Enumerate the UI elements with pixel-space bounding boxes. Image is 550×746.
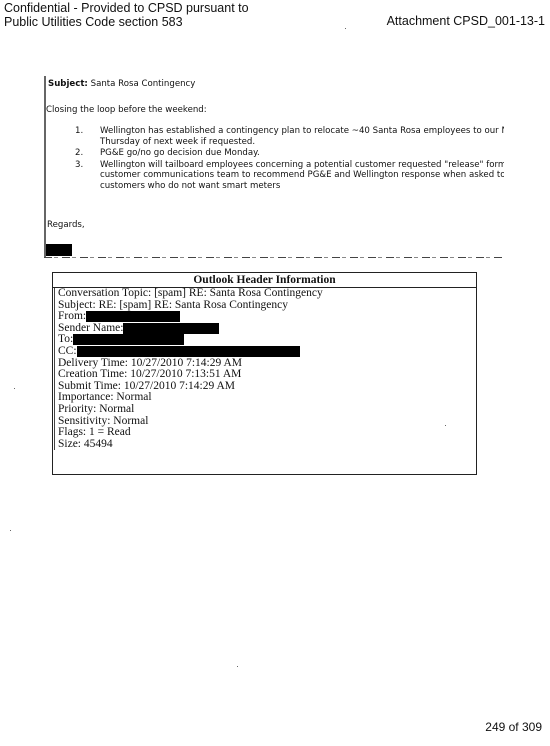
confidentiality-line-1: Confidential - Provided to CPSD pursuant…: [4, 1, 249, 15]
scan-divider: [44, 257, 504, 258]
priority: Priority: Normal: [58, 404, 476, 416]
confidentiality-line-2: Public Utilities Code section 583: [4, 15, 249, 29]
list-item-line: PG&E go/no go decision due Monday.: [100, 148, 504, 159]
list-item-line: customers who do not want smart meters: [100, 181, 504, 192]
outlook-header-title: Outlook Header Information: [53, 273, 476, 288]
creation-time: Creation Time: 10/27/2010 7:13:51 AM: [58, 369, 476, 381]
left-margin-bar: [44, 76, 46, 258]
redacted-to: [73, 334, 184, 345]
attachment-id: Attachment CPSD_001-13-1: [387, 14, 545, 28]
email-closing: Regards,: [47, 220, 85, 230]
header-subject: Subject: RE: [spam] RE: Santa Rosa Conti…: [58, 300, 476, 312]
subject-value: Santa Rosa Contingency: [91, 79, 196, 89]
cc-field: CC:: [58, 346, 476, 358]
cc-label: CC:: [58, 345, 77, 357]
outlook-header-table: Outlook Header Information Conversation …: [52, 272, 477, 475]
conversation-topic: Conversation Topic: [spam] RE: Santa Ros…: [58, 288, 476, 300]
scan-speck: [14, 388, 15, 389]
outlook-header-fields: Conversation Topic: [spam] RE: Santa Ros…: [54, 288, 476, 450]
list-item-line: Wellington will tailboard employees conc…: [100, 160, 504, 171]
list-number: 1.: [75, 126, 83, 137]
list-item: 1. Wellington has established a continge…: [64, 126, 504, 147]
confidentiality-notice: Confidential - Provided to CPSD pursuant…: [4, 1, 249, 29]
scan-speck: [345, 28, 346, 29]
list-number: 2.: [75, 148, 83, 159]
scan-speck: [445, 425, 446, 426]
action-items-list: 1. Wellington has established a continge…: [64, 126, 504, 192]
list-item: 2. PG&E go/no go decision due Monday.: [64, 148, 504, 159]
from-label: From:: [58, 310, 86, 322]
size: Size: 45494: [58, 439, 476, 451]
list-item-line: Thursday of next week if requested.: [100, 137, 504, 148]
email-body-excerpt: Subject: Santa Rosa Contingency Closing …: [44, 76, 504, 258]
to-field: To:: [58, 334, 476, 346]
email-subject: Subject: Santa Rosa Contingency: [48, 79, 195, 89]
scan-speck: [10, 530, 11, 531]
page-number: 249 of 309: [485, 720, 542, 734]
sender-name-field: Sender Name:: [58, 323, 476, 335]
redacted-from: [86, 311, 180, 322]
redacted-cc: [77, 346, 300, 357]
list-item-line: customer communications team to recommen…: [100, 170, 504, 181]
redacted-signature: [46, 244, 72, 256]
redacted-sender-name: [123, 323, 219, 334]
subject-label: Subject:: [48, 79, 88, 89]
list-number: 3.: [75, 160, 83, 171]
sender-name-label: Sender Name:: [58, 322, 123, 334]
scan-speck: [237, 666, 238, 667]
email-intro: Closing the loop before the weekend:: [46, 105, 207, 115]
list-item-line: Wellington has established a contingency…: [100, 126, 504, 137]
to-label: To:: [58, 333, 73, 345]
list-item: 3. Wellington will tailboard employees c…: [64, 160, 504, 192]
flags: Flags: 1 = Read: [58, 427, 476, 439]
